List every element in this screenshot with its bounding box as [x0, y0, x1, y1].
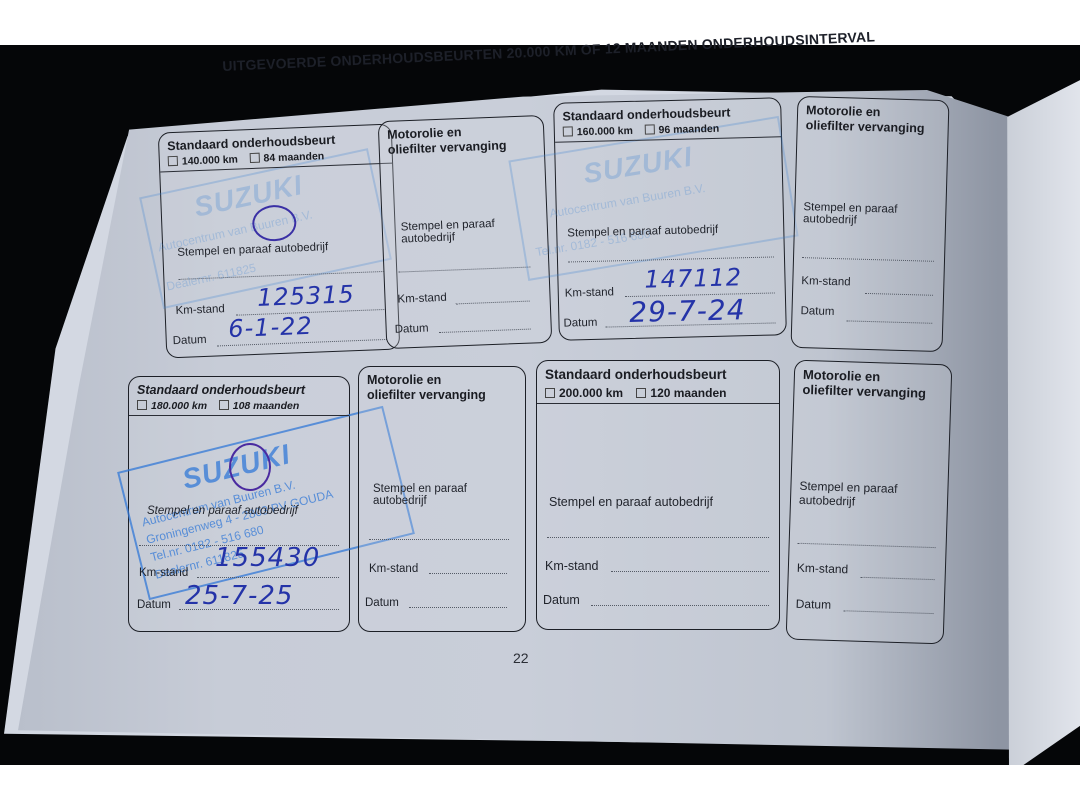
service-box-160000: SUZUKI Autocentrum van Buuren B.V. Tel.n…: [553, 97, 787, 340]
oil-box-3: Motorolie enoliefilter vervanging Stempe…: [358, 366, 526, 632]
service-box-200000: Standaard onderhoudsbeurt 200.000 km 120…: [536, 360, 780, 630]
service-box-180000: SUZUKI Autocentrum van Buuren B.V. Groni…: [128, 376, 350, 632]
km-reading: 155430: [215, 543, 320, 573]
oil-box-4: Motorolie enoliefilter vervanging Stempe…: [786, 360, 953, 645]
km-reading: 125315: [257, 280, 356, 312]
km-checkbox[interactable]: [545, 388, 555, 398]
oil-box-2: Motorolie enoliefilter vervanging Stempe…: [791, 96, 950, 352]
months-checkbox[interactable]: [249, 153, 259, 163]
km-checkbox[interactable]: [563, 126, 573, 136]
service-date: 29-7-24: [629, 293, 746, 329]
km-reading: 147112: [644, 263, 742, 293]
page-number: 22: [513, 650, 529, 666]
facing-page: [1000, 75, 1080, 765]
km-checkbox[interactable]: [137, 400, 147, 410]
service-date: 6-1-22: [228, 312, 313, 343]
months-checkbox[interactable]: [636, 388, 646, 398]
service-date: 25-7-25: [185, 581, 293, 611]
months-checkbox[interactable]: [219, 400, 229, 410]
months-checkbox[interactable]: [644, 124, 654, 134]
service-box-140000: SUZUKI Autocentrum van Buuren B.V. Deale…: [158, 124, 401, 359]
signature: [229, 443, 271, 491]
km-checkbox[interactable]: [168, 156, 178, 166]
